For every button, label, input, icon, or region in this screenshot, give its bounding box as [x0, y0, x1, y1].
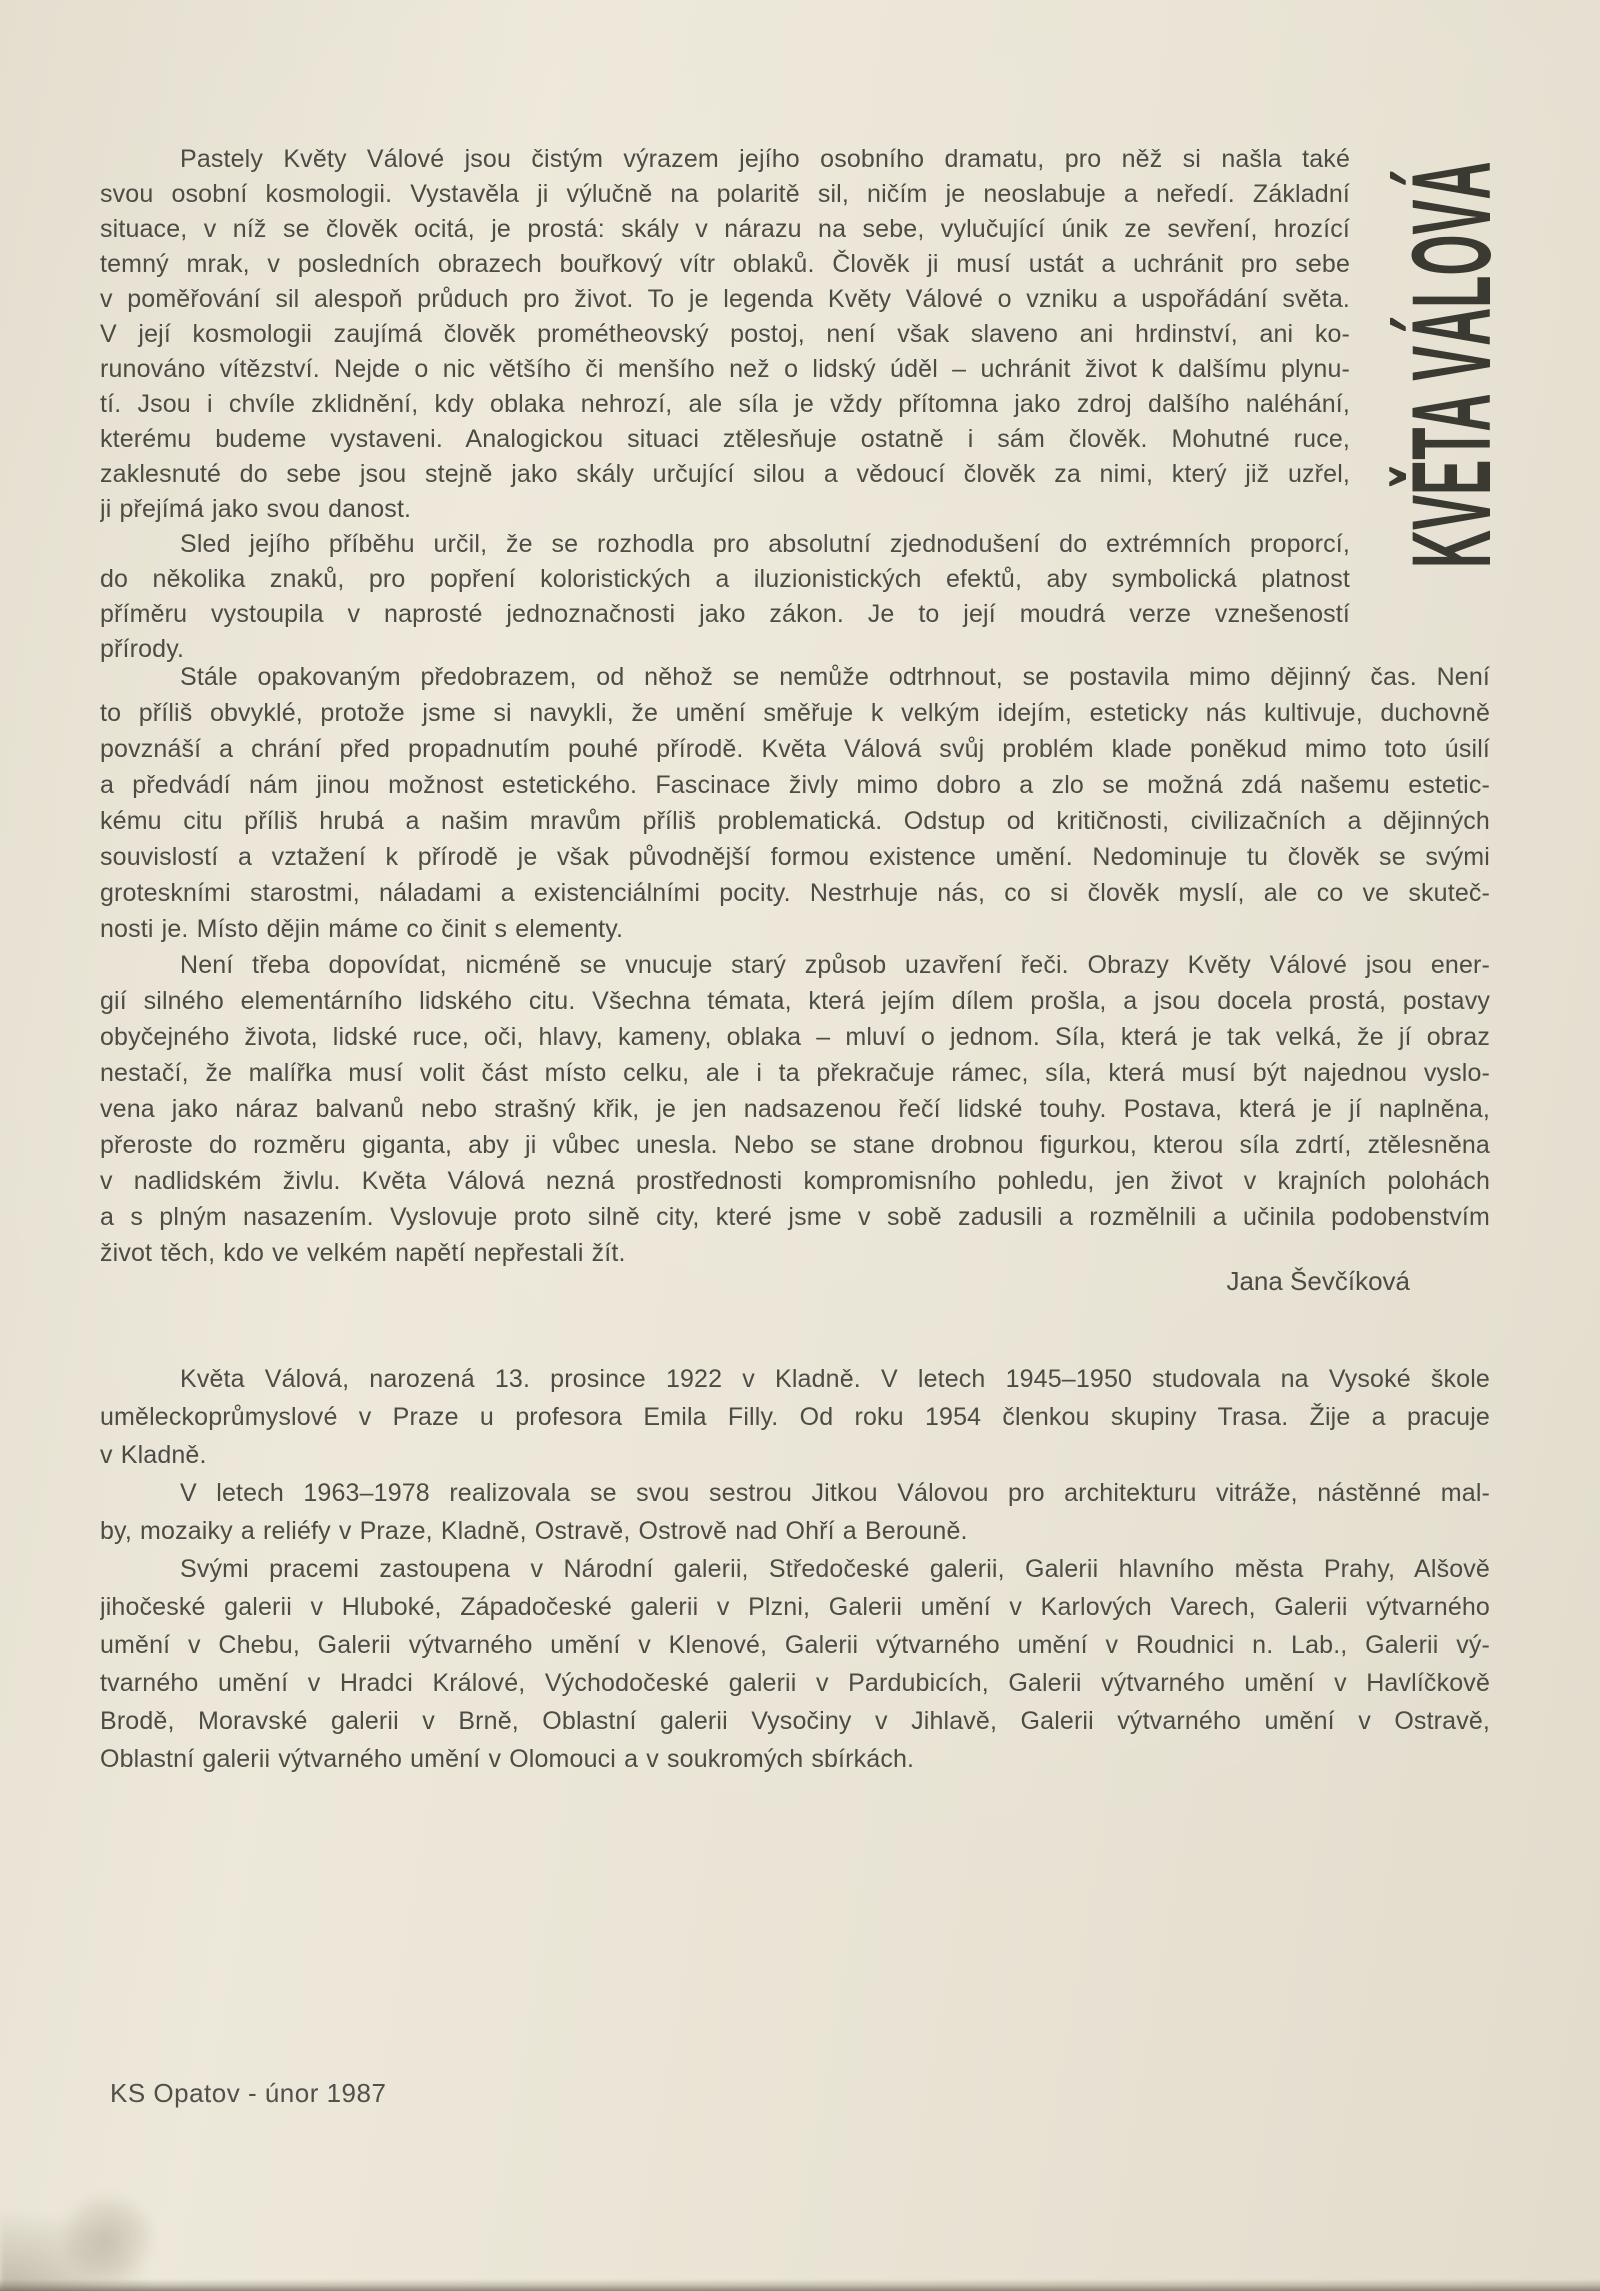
essay-column-narrow: Pastely Květy Válové jsou čistým výrazem… — [100, 142, 1350, 667]
footer-credit: KS Opatov - únor 1987 — [110, 2078, 386, 2109]
text-line: Pastely Květy Válové jsou čistým výrazem… — [100, 142, 1350, 177]
text-line: gií silného elementárního lidského citu.… — [100, 983, 1490, 1019]
text-line: V letech 1963–1978 realizovala se svou s… — [100, 1474, 1490, 1512]
text-line: a s plným nasazením. Vyslovuje proto sil… — [100, 1199, 1490, 1235]
text-line: ji přejímá jako svou danost. — [100, 492, 1350, 527]
paragraph: Stále opakovaným předobrazem, od něhož s… — [100, 659, 1490, 947]
bio-section: Květa Válová, narozená 13. prosince 1922… — [100, 1360, 1490, 1778]
paper-stain — [45, 2180, 170, 2291]
paragraph: V letech 1963–1978 realizovala se svou s… — [100, 1474, 1490, 1550]
text-line: umění v Chebu, Galerii výtvarného umění … — [100, 1626, 1490, 1664]
text-line: nestačí, že malířka musí volit část míst… — [100, 1055, 1490, 1091]
text-line: Sled jejího příběhu určil, že se rozhodl… — [100, 527, 1350, 562]
text-line: Květa Válová, narozená 13. prosince 1922… — [100, 1360, 1490, 1398]
paragraph: Svými pracemi zastoupena v Národní galer… — [100, 1550, 1490, 1778]
paragraph: Květa Válová, narozená 13. prosince 1922… — [100, 1360, 1490, 1474]
paragraph: Není třeba dopovídat, nicméně se vnucuje… — [100, 947, 1490, 1271]
text-line: Brodě, Moravské galerii v Brně, Oblastní… — [100, 1702, 1490, 1740]
text-line: do několika znaků, pro popření koloristi… — [100, 562, 1350, 597]
text-line: povznáší a chrání před propadnutím pouhé… — [100, 731, 1490, 767]
text-line: to příliš obvyklé, protože jsme si navyk… — [100, 695, 1490, 731]
text-line: V její kosmologii zaujímá člověk prométh… — [100, 317, 1350, 352]
paragraph: Sled jejího příběhu určil, že se rozhodl… — [100, 527, 1350, 667]
text-line: obyčejného života, lidské ruce, oči, hla… — [100, 1019, 1490, 1055]
vertical-title: KVĚTA VÁLOVÁ — [1406, 145, 1498, 568]
text-line: temný mrak, v posledních obrazech bouřko… — [100, 247, 1350, 282]
bottom-edge-shadow — [0, 2279, 1600, 2291]
text-line: situace, v níž se člověk ocitá, je prost… — [100, 212, 1350, 247]
text-line: jihočeské galerii v Hluboké, Západočeské… — [100, 1588, 1490, 1626]
text-line: a předvádí nám jinou možnost estetického… — [100, 767, 1490, 803]
text-line: svou osobní kosmologii. Vystavěla ji výl… — [100, 177, 1350, 212]
text-line: kému citu příliš hrubá a našim mravům př… — [100, 803, 1490, 839]
text-line: Svými pracemi zastoupena v Národní galer… — [100, 1550, 1490, 1588]
text-line: groteskními starostmi, náladami a existe… — [100, 875, 1490, 911]
text-line: runováno vítězství. Nejde o nic většího … — [100, 352, 1350, 387]
paper-page: KVĚTA VÁLOVÁ Pastely Květy Válové jsou č… — [0, 0, 1600, 2291]
text-line: tvarného umění v Hradci Králové, Východo… — [100, 1664, 1490, 1702]
text-line: vena jako náraz balvanů nebo strašný kři… — [100, 1091, 1490, 1127]
paragraph: Pastely Květy Válové jsou čistým výrazem… — [100, 142, 1350, 527]
text-line: Stále opakovaným předobrazem, od něhož s… — [100, 659, 1490, 695]
text-line: příměru vystoupila v naprosté jednoznačn… — [100, 597, 1350, 632]
essay-column-wide: Stále opakovaným předobrazem, od něhož s… — [100, 659, 1490, 1271]
text-line: nosti je. Místo dějin máme co činit s el… — [100, 911, 1490, 947]
text-line: tí. Jsou i chvíle zklidnění, kdy oblaka … — [100, 387, 1350, 422]
author-signature: Jana Ševčíková — [100, 1266, 1490, 1297]
text-line: uměleckoprůmyslové v Praze u profesora E… — [100, 1398, 1490, 1436]
text-line: v poměřování sil alespoň průduch pro živ… — [100, 282, 1350, 317]
text-line: zaklesnuté do sebe jsou stejně jako skál… — [100, 457, 1350, 492]
text-line: souvislostí a vztažení k přírodě je však… — [100, 839, 1490, 875]
text-line: přeroste do rozměru giganta, aby ji vůbe… — [100, 1127, 1490, 1163]
text-line: v Kladně. — [100, 1436, 1490, 1474]
text-line: v nadlidském živlu. Květa Válová nezná p… — [100, 1163, 1490, 1199]
text-line: Není třeba dopovídat, nicméně se vnucuje… — [100, 947, 1490, 983]
corner-shadow — [0, 2211, 150, 2291]
text-line: kterému budeme vystaveni. Analogickou si… — [100, 422, 1350, 457]
text-line: Oblastní galerii výtvarného umění v Olom… — [100, 1740, 1490, 1778]
text-line: by, mozaiky a reliéfy v Praze, Kladně, O… — [100, 1512, 1490, 1550]
